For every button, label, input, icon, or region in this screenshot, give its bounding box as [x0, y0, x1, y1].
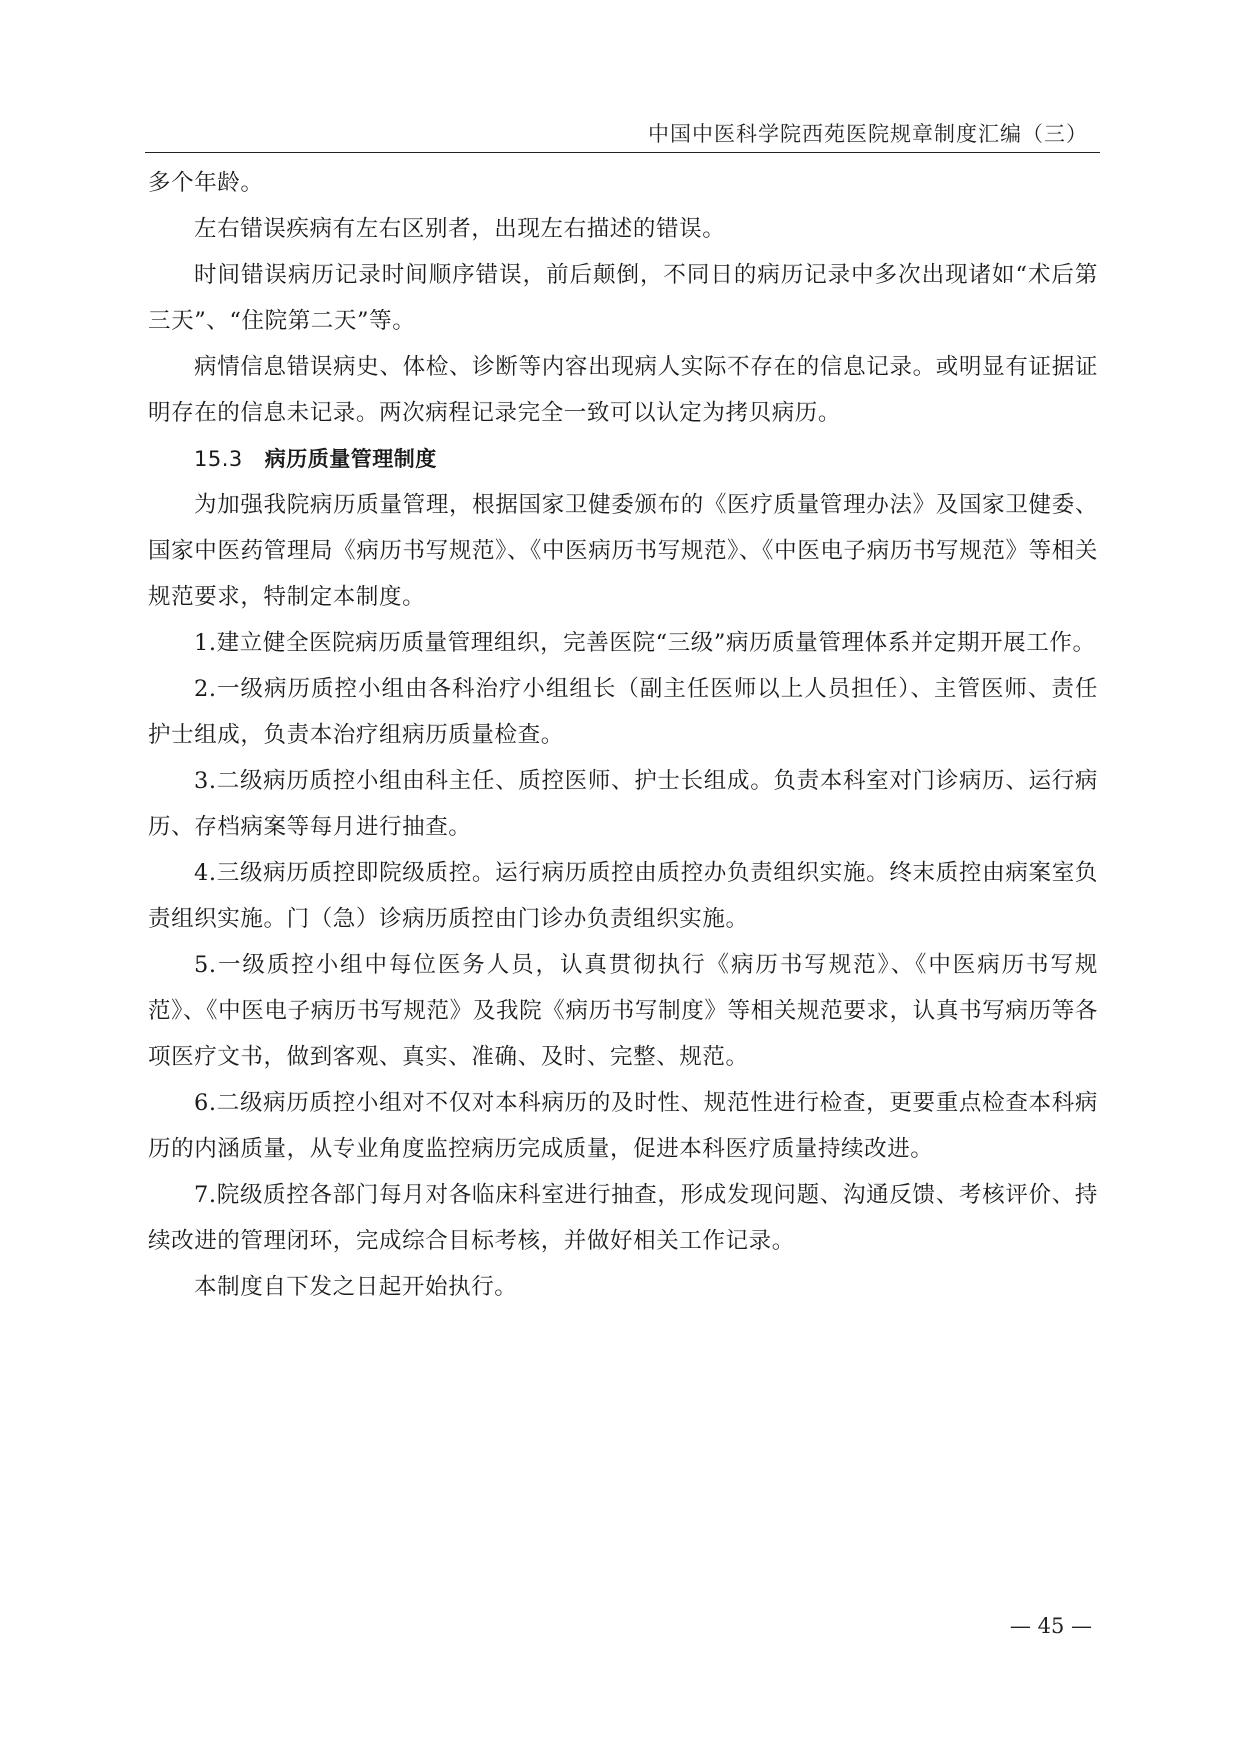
paragraph: 时间错误病历记录时间顺序错误，前后颠倒，不同日的病历记录中多次出现诸如“术后第三…	[148, 252, 1098, 344]
paragraph: 为加强我院病历质量管理，根据国家卫健委颁布的《医疗质量管理办法》及国家卫健委、国…	[148, 482, 1098, 620]
list-item: 7.院级质控各部门每月对各临床科室进行抽查，形成发现问题、沟通反馈、考核评价、持…	[148, 1172, 1098, 1264]
list-item: 5.一级质控小组中每位医务人员，认真贯彻执行《病历书写规范》、《中医病历书写规范…	[148, 942, 1098, 1080]
document-body: 多个年龄。 左右错误疾病有左右区别者，出现左右描述的错误。 时间错误病历记录时间…	[148, 160, 1098, 1310]
paragraph: 左右错误疾病有左右区别者，出现左右描述的错误。	[148, 206, 1098, 252]
paragraph: 多个年龄。	[148, 160, 1098, 206]
header-title: 中国中医科学院西苑医院规章制度汇编（三）	[648, 118, 1088, 148]
page-number: — 45 —	[0, 1614, 1092, 1638]
section-heading: 15.3病历质量管理制度	[148, 436, 1098, 482]
closing-statement: 本制度自下发之日起开始执行。	[148, 1264, 1098, 1310]
list-item: 4.三级病历质控即院级质控。运行病历质控由质控办负责组织实施。终末质控由病案室负…	[148, 850, 1098, 942]
list-item: 6.二级病历质控小组对不仅对本科病历的及时性、规范性进行检查，更要重点检查本科病…	[148, 1080, 1098, 1172]
list-item: 2.一级病历质控小组由各科治疗小组组长（副主任医师以上人员担任）、主管医师、责任…	[148, 666, 1098, 758]
page-header: 中国中医科学院西苑医院规章制度汇编（三）	[145, 112, 1100, 153]
list-item: 1.建立健全医院病历质量管理组织，完善医院“三级”病历质量管理体系并定期开展工作…	[148, 620, 1098, 666]
section-title: 病历质量管理制度	[265, 447, 437, 471]
section-number: 15.3	[194, 447, 243, 471]
paragraph: 病情信息错误病史、体检、诊断等内容出现病人实际不存在的信息记录。或明显有证据证明…	[148, 344, 1098, 436]
list-item: 3.二级病历质控小组由科主任、质控医师、护士长组成。负责本科室对门诊病历、运行病…	[148, 758, 1098, 850]
